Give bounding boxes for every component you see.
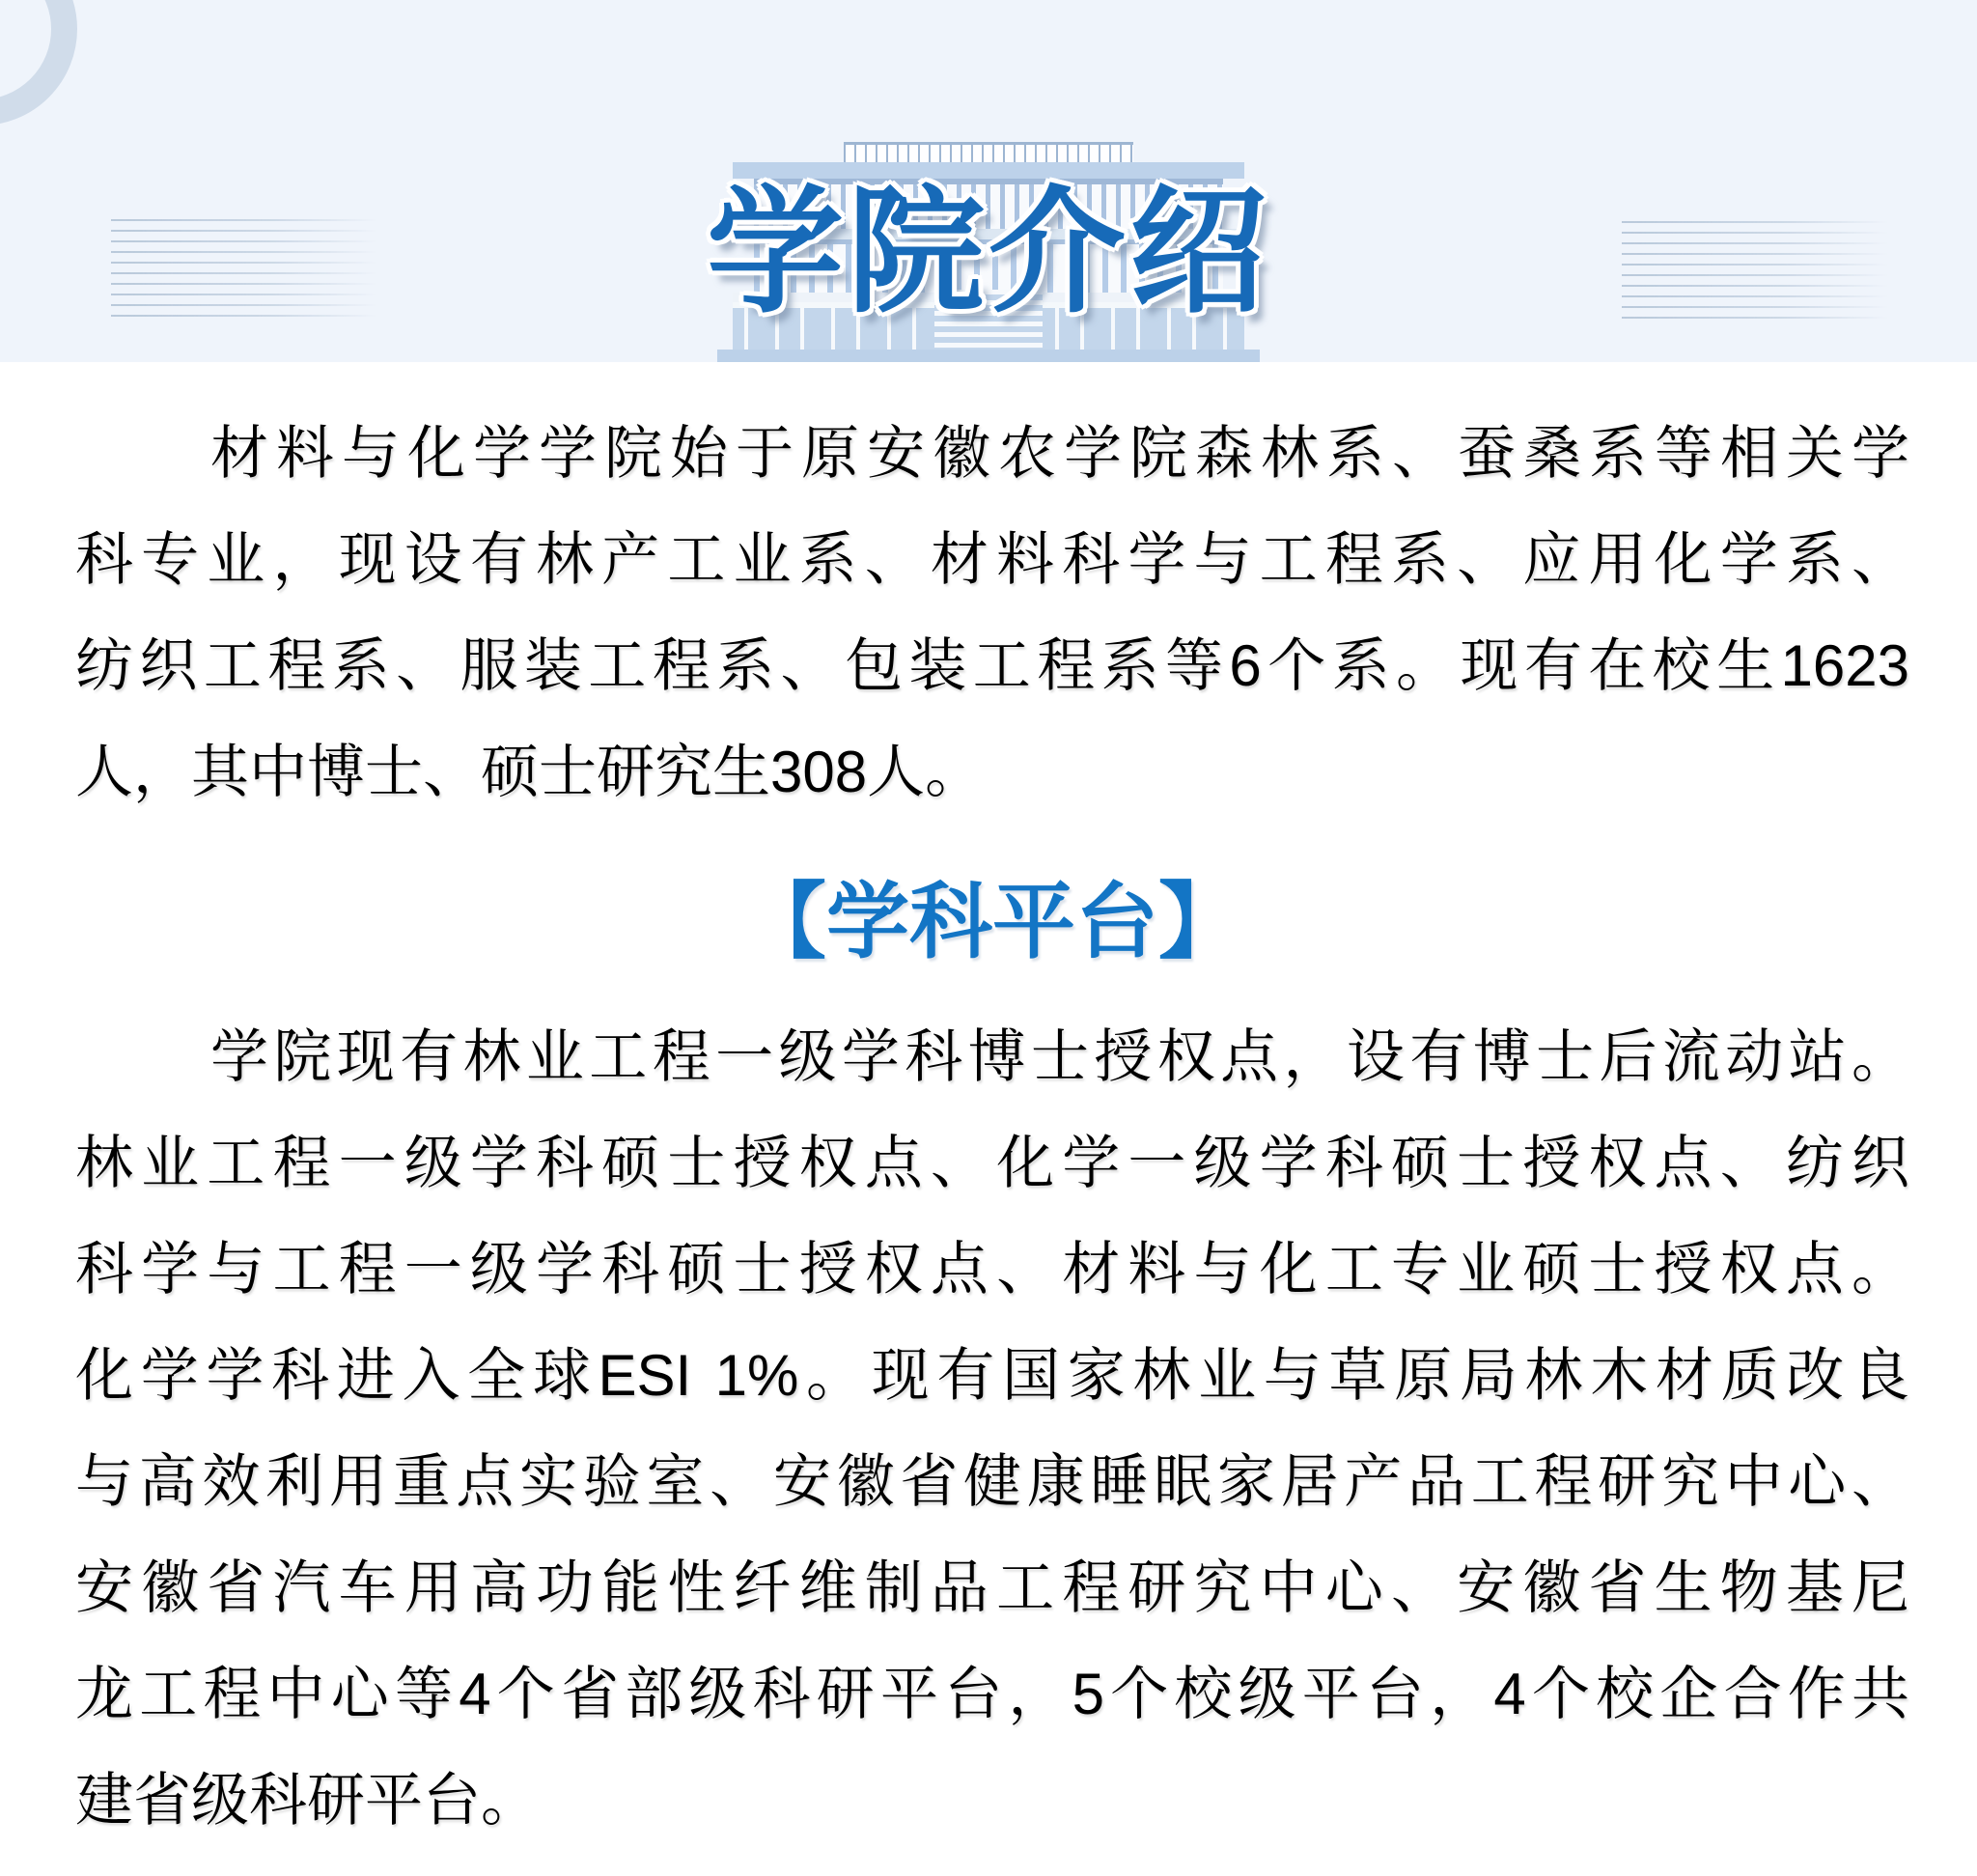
- paragraph-line: 人，其中博士、硕士研究生308人。: [75, 719, 1909, 826]
- paragraph-line: 龙工程中心等4个省部级科研平台，5个校级平台，4个校企合作共: [75, 1641, 1909, 1748]
- paragraph-line: 学院现有林业工程一级学科博士授权点，设有博士后流动站。: [75, 1004, 1909, 1110]
- paragraph-line: 材料与化学学院始于原安徽农学院森林系、蚕桑系等相关学: [75, 401, 1909, 507]
- paragraph-line: 纺织工程系、服装工程系、包装工程系等6个系。现有在校生1623: [75, 613, 1909, 719]
- paragraph-line: 建省级科研平台。: [75, 1748, 1909, 1854]
- paragraph-line: 化学学科进入全球ESI 1%。现有国家林业与草原局林木材质改良: [75, 1323, 1909, 1429]
- banner: 学院介绍: [0, 0, 1977, 362]
- paragraph-line: 林业工程一级学科硕士授权点、化学一级学科硕士授权点、纺织: [75, 1110, 1909, 1217]
- paragraph-line: 与高效利用重点实验室、安徽省健康睡眠家居产品工程研究中心、: [75, 1429, 1909, 1535]
- paragraph-line: 科专业，现设有林产工业系、材料科学与工程系、应用化学系、: [75, 507, 1909, 613]
- building-roof-railing: [844, 142, 1133, 162]
- platform-paragraph: 学院现有林业工程一级学科博士授权点，设有博士后流动站。 林业工程一级学科硕士授权…: [75, 1004, 1909, 1854]
- paragraph-line: 安徽省汽车用高功能性纤维制品工程研究中心、安徽省生物基尼: [75, 1535, 1909, 1641]
- intro-paragraph: 材料与化学学院始于原安徽农学院森林系、蚕桑系等相关学 科专业，现设有林产工业系、…: [75, 401, 1909, 826]
- page-title: 学院介绍: [0, 184, 1977, 322]
- section-heading: 【学科平台】: [75, 881, 1909, 964]
- paragraph-line: 科学与工程一级学科硕士授权点、材料与化工专业硕士授权点。: [75, 1217, 1909, 1323]
- article-content: 材料与化学学院始于原安徽农学院森林系、蚕桑系等相关学 科专业，现设有林产工业系、…: [0, 401, 1977, 1854]
- building-base: [717, 350, 1260, 362]
- ring-decoration: [0, 0, 77, 126]
